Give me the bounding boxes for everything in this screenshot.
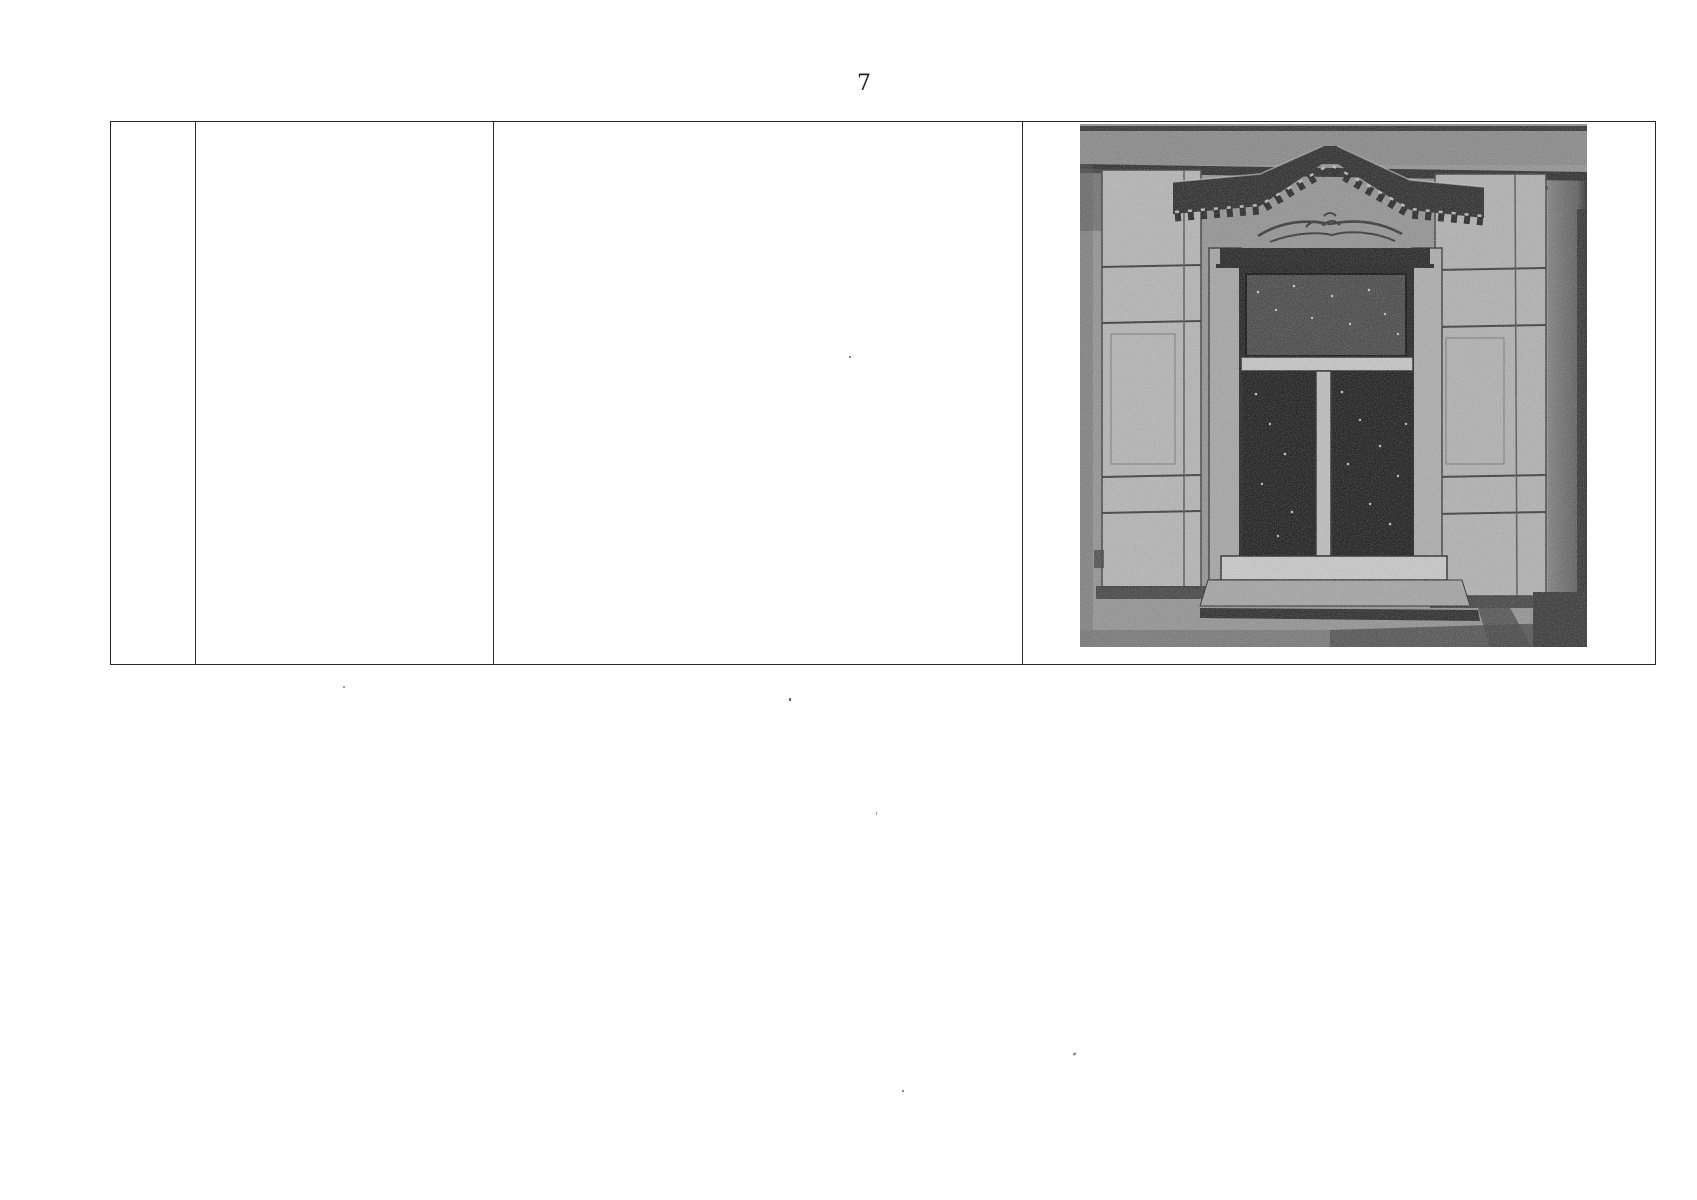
table-cell-1 bbox=[111, 122, 196, 664]
scanned-page: { "page": { "number": "7" }, "table": { … bbox=[0, 0, 1697, 1200]
scan-speck bbox=[876, 812, 877, 815]
table-cell-3 bbox=[494, 122, 1023, 664]
scan-speck bbox=[1073, 1052, 1077, 1055]
scan-speck bbox=[1419, 631, 1421, 633]
scan-speck bbox=[789, 698, 791, 701]
table-cell-2 bbox=[196, 122, 494, 664]
halftone-grain bbox=[1080, 124, 1587, 647]
scan-speck bbox=[902, 1090, 904, 1092]
table-cell-4 bbox=[1023, 122, 1655, 664]
scan-speck bbox=[849, 356, 851, 358]
document-table bbox=[110, 121, 1656, 665]
page-number: 7 bbox=[836, 72, 892, 96]
window-photograph bbox=[1080, 124, 1587, 647]
scan-speck bbox=[343, 686, 345, 688]
